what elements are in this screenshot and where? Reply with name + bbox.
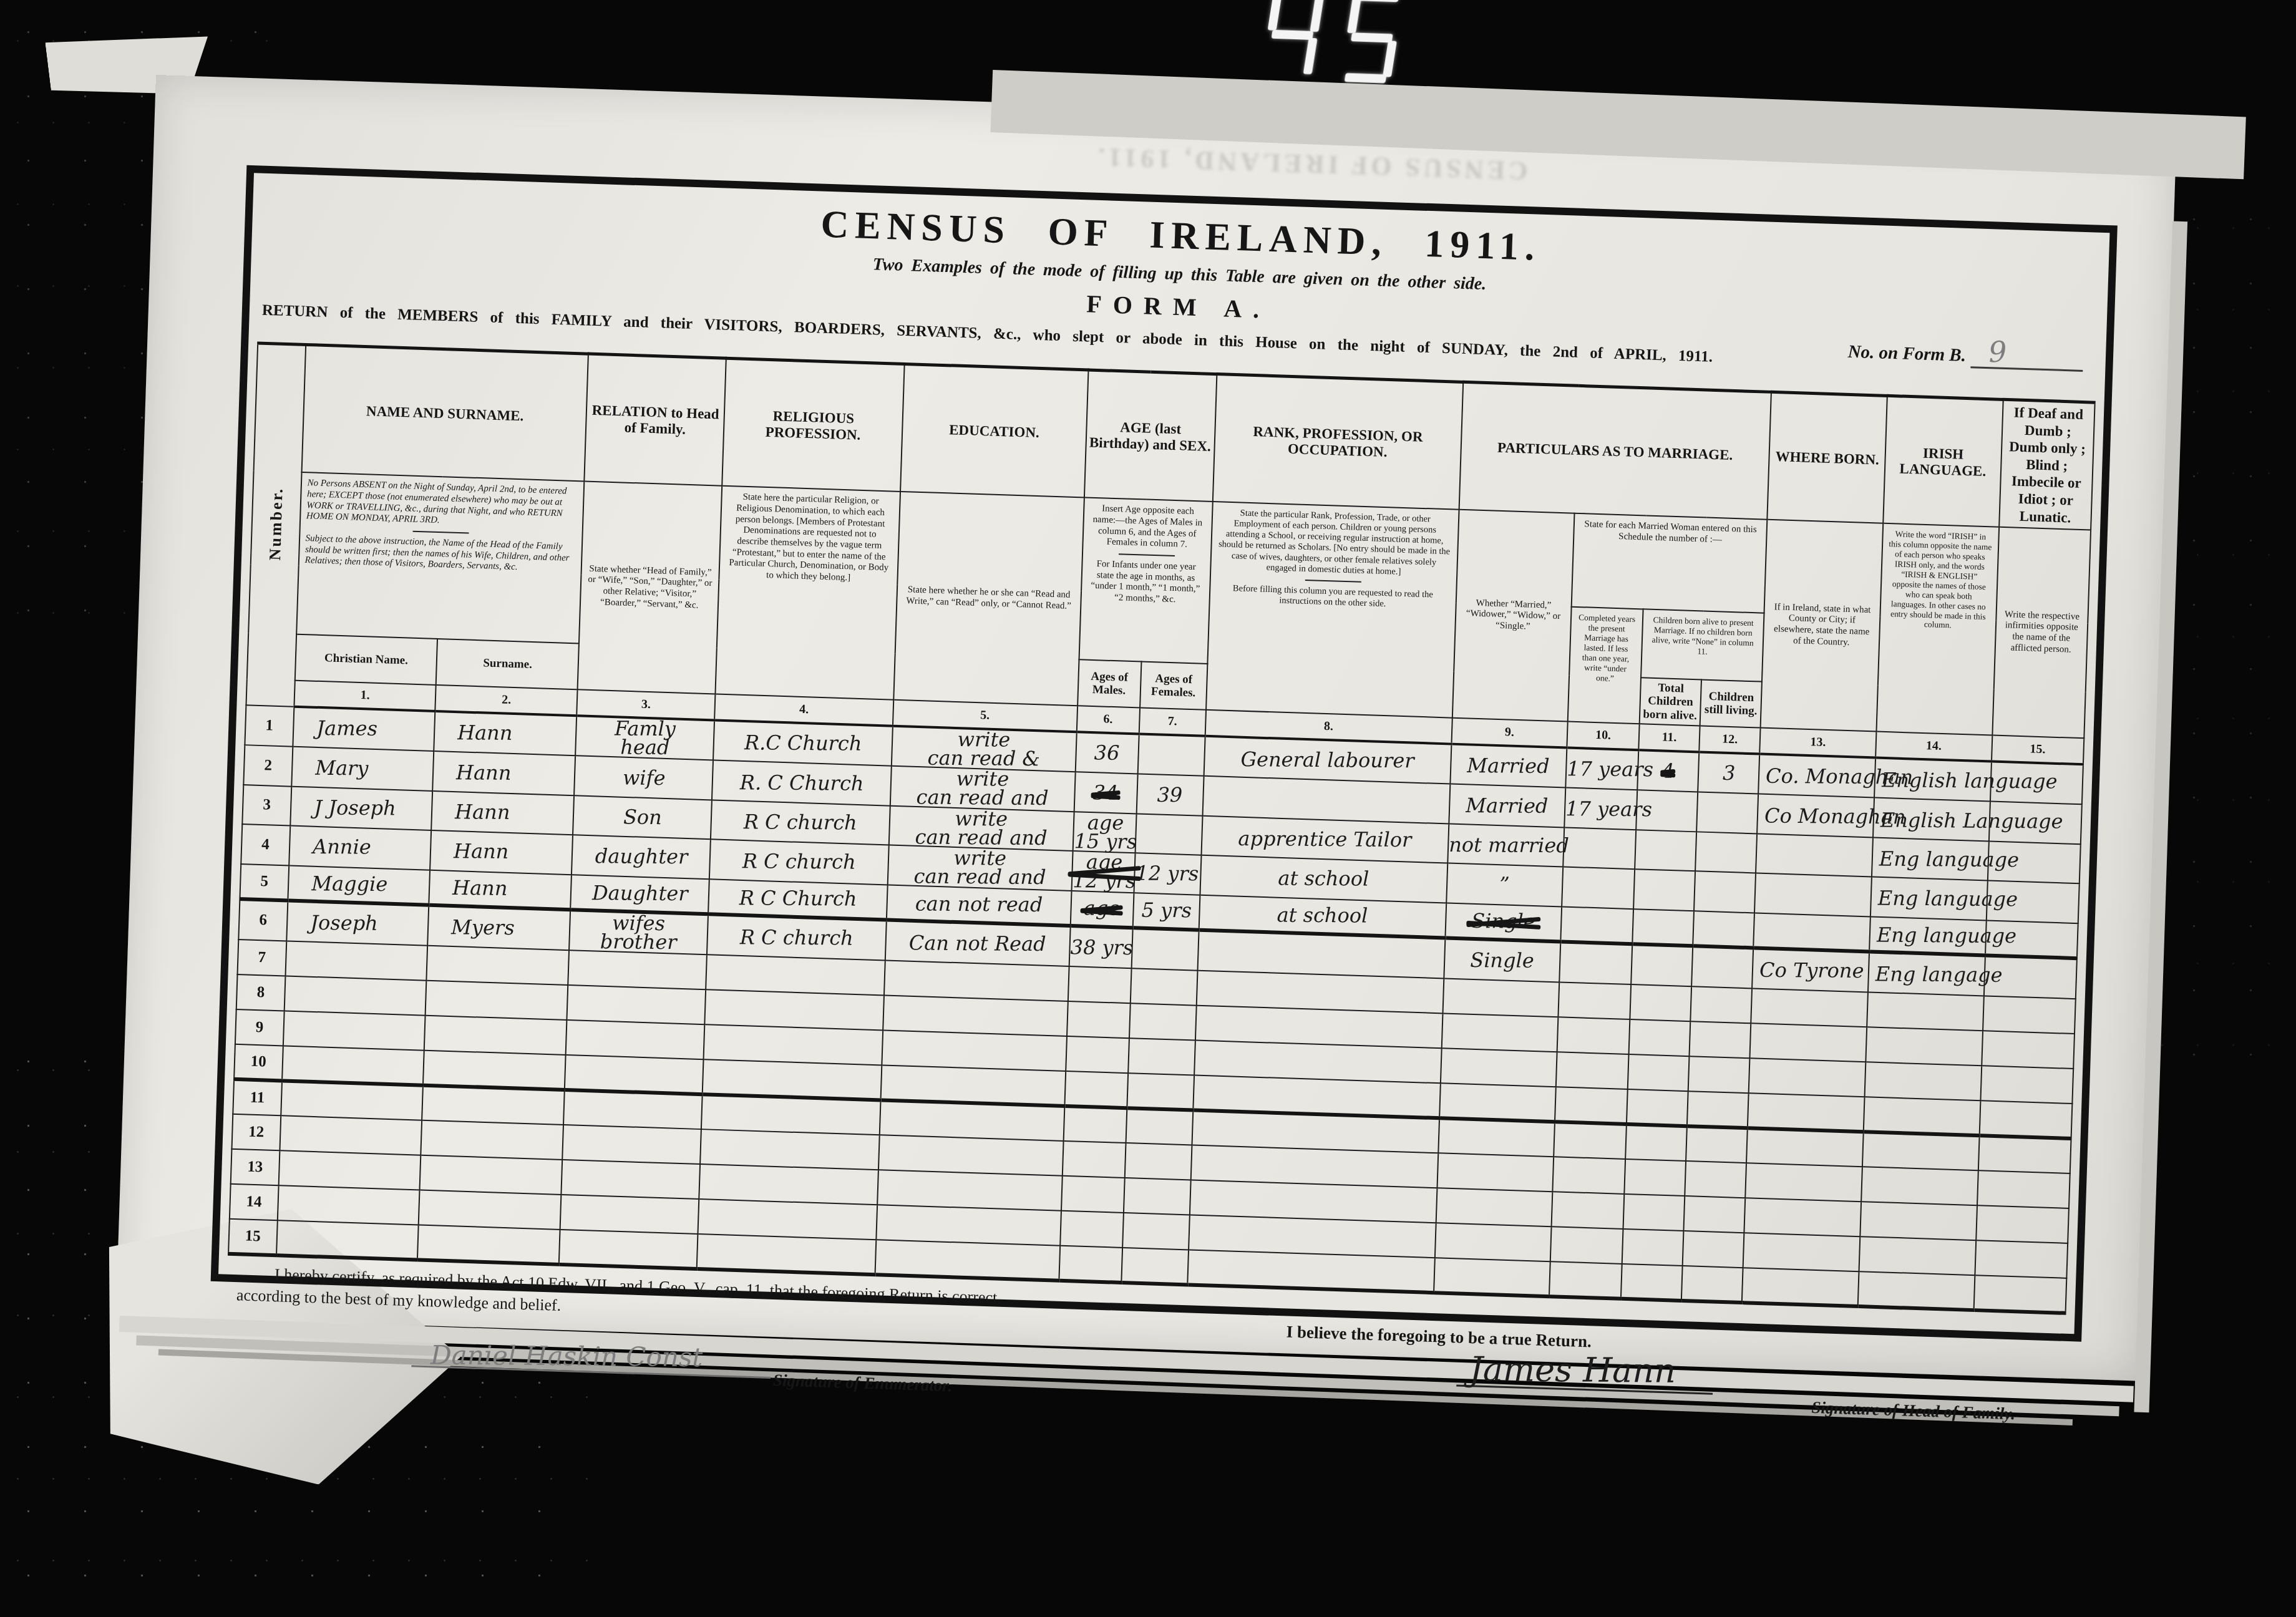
handwritten-entry: Hann [458,723,513,742]
cell [1754,873,1872,916]
cell [1440,1048,1557,1087]
cell [1560,906,1633,944]
cell: Can not Read [885,920,1071,966]
row-number: 5 [240,864,288,900]
row-number: 2 [243,745,293,787]
cell [1865,1062,1982,1100]
col-number: 15. [1992,736,2084,765]
cell [880,1065,1065,1105]
handwritten-entry: Eng langage [1875,964,2003,984]
handwritten-entry: Mary [315,758,368,777]
table-body: 1JamesHannFamly headR.C Churchwrite can … [228,705,2083,1313]
cell: Mary [291,747,434,791]
cell [1127,1073,1194,1110]
cell: Co. Monaghan [1759,754,1876,798]
married-woman-instructions: State for each Married Woman entered on … [1572,513,1768,613]
handwritten-entry: Daughter [592,883,688,903]
religion-instructions: State here the particular Religion, or R… [716,486,900,700]
cell [1064,1071,1128,1108]
cell [1060,1211,1124,1248]
cell [1746,1128,1863,1167]
handwritten-entry: 34 [1093,783,1119,802]
cell [422,1085,565,1125]
cell [1135,813,1202,855]
cell [1623,1194,1685,1231]
cell [1687,1091,1749,1128]
form-b-value-handwritten: 9 [1970,338,2013,367]
col-number: 1. [294,681,436,711]
cell [1696,792,1758,833]
cell [277,1185,420,1225]
cell [883,995,1068,1036]
cell [1563,827,1636,869]
cell [1748,1093,1864,1132]
col-header-age: AGE (last Birthday) and SEX. [1084,370,1217,502]
handwritten-entry: Myers [451,918,515,937]
handwritten-entry: Single [1471,911,1535,931]
handwritten-entry: R C church [742,852,856,872]
printed-frame: CENSUS OF IRELAND, 1911. Two Examples of… [211,165,2118,1342]
handwritten-entry: English Language [1880,810,2063,831]
handwritten-entry: 38 yrs [1070,938,1133,957]
cell [1756,833,1873,876]
cell: Co Monaghan [1757,794,1874,837]
subhead-total-children: Total Children born alive. [1640,677,1702,726]
cell [421,1120,564,1160]
cell [704,1024,883,1065]
cell: Annie [289,826,432,870]
handwritten-entry: Annie [313,837,371,857]
handwritten-entry: write can read & [928,730,1041,769]
cell [283,1011,426,1050]
cell: Son [573,795,712,839]
handwritten-entry: age 12 yrs [1073,852,1136,891]
col-number: 14. [1875,732,1992,762]
handwritten-entry: at school [1277,906,1368,926]
handwritten-entry: Married [1466,796,1548,815]
cell [1685,1161,1746,1198]
handwritten-entry: Eng language [1879,849,2019,869]
cell: write can read and [888,845,1073,891]
cell [1130,968,1197,1005]
cell: Hann [434,711,577,756]
handwritten-entry: daughter [595,847,688,867]
cell [420,1155,563,1195]
handwritten-entry: write can read and [917,769,1049,808]
children-born-instructions: Children born alive to present Marriage.… [1641,609,1764,682]
cell [278,1150,421,1190]
handwritten-entry: 39 [1157,785,1183,804]
enumerator-signature-label: Signature of Enumerator. [772,1371,952,1396]
cell [563,1090,703,1129]
cell [419,1190,562,1229]
cell [1633,869,1695,910]
cell [1746,1163,1862,1202]
cell [280,1115,422,1155]
cell [423,1051,566,1090]
handwritten-entry: Married [1467,756,1549,775]
cell [1691,946,1753,988]
cell [1632,909,1694,946]
whether-married-instructions: Whether “Married,” “Widower,” “Widow,” o… [1452,510,1574,722]
col-header-irish: IRISH LANGUAGE. [1883,396,2003,527]
cell: 34 [1074,772,1137,813]
cell [1121,1248,1189,1284]
cell [1861,1167,1978,1205]
handwritten-entry: Eng language [1877,926,2016,946]
cell: Eng language [1870,877,1988,920]
cell [1554,1122,1627,1159]
handwritten-entry: R. C Church [740,773,864,793]
row-number: 7 [238,940,286,976]
cell: Single [1445,903,1562,941]
handwritten-entry: Eng language [1878,889,2018,909]
handwritten-entry: apprentice Tailor [1238,829,1411,850]
cell: Hann [433,751,576,795]
handwritten-entry: Hann [452,878,507,898]
cell: Hann [430,830,573,875]
handwritten-entry: R C church [740,928,854,948]
head-signature: James Hann [1456,1350,1713,1395]
col-header-education: EDUCATION. [900,364,1088,497]
cell: Maggie [288,865,430,905]
col-header-religion: RELIGIOUS PROFESSION. [722,358,904,492]
age-instructions: Insert Age opposite each name:—the Ages … [1079,498,1212,664]
cell [285,941,428,980]
col-number: 3. [576,689,715,720]
col-header-rank: RANK, PROFESSION, OR OCCUPATION. [1213,374,1463,510]
cell [426,981,568,1020]
cell [1975,1240,2068,1278]
frame-counter [1260,0,1404,85]
cell [1686,1126,1748,1163]
row-number: 1 [245,705,294,747]
cell [1978,1135,2071,1173]
col-number: 9. [1451,718,1568,748]
cell: daughter [572,835,711,878]
cell: wifes brother [569,910,708,954]
cell [1865,1027,1982,1066]
cell [703,1059,882,1100]
subhead-surname: Surname. [436,639,579,689]
form-b-label: No. on Form B. [1847,342,1966,366]
col-number: 6. [1076,706,1139,734]
cell [1137,734,1205,776]
cell: write can read and [889,805,1074,851]
cell [1129,1003,1197,1040]
cell [1066,1036,1129,1073]
cell: Married [1450,744,1567,788]
cell [1867,992,1983,1031]
cell [1750,1023,1867,1062]
cell [1562,867,1635,909]
handwritten-entry: age [1084,898,1121,918]
cell [1744,1198,1861,1236]
handwritten-entry: 36 [1094,744,1120,763]
row-number: 10 [234,1044,283,1080]
handwritten-entry: General labourer [1240,750,1414,770]
cell: 17 years [1565,748,1638,790]
handwritten-entry: can not read [915,894,1043,914]
cell: Joseph [286,900,429,946]
cell: Married [1449,784,1566,827]
cell [1439,1083,1556,1122]
cell: R. C Church [712,760,892,806]
cell: R C church [711,800,890,845]
cell: not married [1447,823,1565,867]
cell [1131,928,1199,971]
cell [1556,1052,1629,1089]
cell: 3 [1698,752,1759,794]
cell [875,1240,1059,1280]
cell [1858,1271,1975,1310]
row-number: 14 [230,1184,278,1220]
cell [878,1135,1063,1175]
cell [1979,1100,2072,1139]
cell [1441,1013,1558,1052]
cell [1749,1058,1865,1097]
row-number: 9 [235,1009,284,1046]
cell [1683,1231,1744,1268]
cell [1124,1143,1192,1180]
cell: R C church [709,839,889,885]
cell: 38 yrs [1069,926,1132,969]
cell: 39 [1136,774,1204,816]
cell [884,960,1069,1001]
cell [1552,1157,1625,1194]
cell [1684,1196,1746,1233]
cell [1864,1097,1980,1135]
cell: 36 [1075,732,1139,774]
cell [560,1195,699,1234]
cell: wife [574,756,713,800]
handwritten-entry: R C church [744,812,857,832]
cell [1434,1223,1551,1261]
cell: James [293,707,435,752]
handwritten-entry: write can read and [914,848,1046,887]
col-header-infirmity: If Deaf and Dumb ; Dumb only ; Blind ; I… [1999,399,2095,530]
census-table: Number. NAME AND SURNAME. RELATION to He… [228,341,2096,1314]
handwritten-entry: age 15 yrs [1074,813,1137,852]
cell [1559,982,1632,1019]
col-header-name: NAME AND SURNAME. [301,344,588,481]
cell: ” [1446,863,1564,906]
divider [1119,553,1175,556]
cell: write can read and [890,766,1075,812]
handwritten-entry: wifes brother [600,913,677,952]
cell: Daughter [570,875,709,914]
head-declaration: I believe the foregoing to be a true Ret… [1286,1322,1592,1351]
cell [281,1080,424,1120]
cell [424,1016,567,1055]
cell [567,985,706,1024]
handwritten-entry: wife [622,768,665,787]
handwritten-entry: 4 [1662,762,1675,781]
col-number: 13. [1760,728,1877,758]
rank-instructions: State the particular Rank, Profession, T… [1206,502,1459,717]
cell [1442,978,1559,1017]
cell [1550,1226,1623,1264]
row-number: 11 [233,1079,281,1115]
cell [1438,1118,1555,1157]
cell: R.C Church [713,720,893,766]
handwritten-entry: Famly head [615,719,676,757]
cell: Famly head [575,716,714,760]
head-signature-label: Signature of Head of Family. [1811,1398,2016,1424]
cell [1622,1229,1684,1266]
col-number: 2. [435,685,578,716]
handwritten-entry: Hann [454,842,508,861]
cell [1742,1268,1859,1306]
cell [417,1225,560,1264]
handwritten-entry: James [316,719,377,738]
cell [877,1170,1062,1210]
cell [1860,1202,1977,1240]
col-number: 11. [1638,724,1700,752]
handwritten-entry: write can read and [915,808,1048,847]
cell: R C Church [708,879,887,920]
cell [880,1100,1064,1140]
handwritten-entry: Son [623,807,662,827]
cell [706,954,885,995]
cell [1694,871,1756,912]
completed-years-instructions: Completed years the present Marriage has… [1568,607,1643,724]
education-instructions: State here whether he or she can “Read a… [893,492,1084,706]
cell [1628,1054,1690,1091]
cell [566,1020,705,1059]
cell [1187,1250,1434,1293]
cell [562,1125,701,1164]
cell [700,1129,879,1170]
cell [1690,986,1752,1023]
cell [559,1230,698,1269]
cell [1621,1264,1683,1301]
cell [1695,832,1757,873]
cell [1627,1089,1688,1126]
cell [1688,1056,1750,1093]
cell: Hann [432,791,575,835]
handwritten-entry: Can not Read [909,933,1046,953]
cell: age [1070,891,1134,928]
row-number: 4 [241,824,290,865]
cell [427,946,570,985]
enumerator-signature: Daniel Haskin Const [411,1339,771,1378]
cell [1631,944,1693,986]
cell [568,950,707,989]
col-header-marriage: PARTICULARS AS TO MARRIAGE. [1459,382,1771,520]
cell [1630,984,1691,1021]
cell [1681,1266,1743,1303]
cell [1063,1106,1127,1143]
cell [1977,1170,2070,1208]
cell [1980,1066,2073,1104]
handwritten-entry: Co Tyrone [1759,960,1864,980]
cell: 17 years [1564,788,1637,830]
cell [1552,1192,1625,1229]
cell: can not read [887,885,1071,925]
infirmity-instructions: Write the respective infirmities opposit… [1992,527,2091,738]
cell: Eng language [1872,837,1989,880]
cell [282,1046,425,1085]
handwritten-entry: R C Church [739,888,857,908]
handwritten-entry: not married [1449,835,1569,855]
cell [284,976,427,1015]
subhead-ages-males: Ages of Males. [1077,659,1141,707]
row-number: 8 [236,974,285,1011]
cell [697,1234,876,1275]
row-number: 3 [242,785,291,826]
handwritten-entry: 17 years [1565,799,1652,818]
handwritten-entry: Joseph [310,913,378,933]
cell: R C church [707,914,887,961]
row-number: 6 [238,899,288,941]
cell [1434,1258,1550,1296]
cell [1629,1019,1691,1056]
cell [1693,911,1754,948]
cell [1126,1108,1193,1145]
handwritten-entry: English language [1882,770,2058,791]
cell: English language [1874,757,1992,801]
cell [882,1030,1066,1071]
cell [1557,1017,1630,1054]
cell [1062,1141,1126,1178]
cell [565,1055,704,1094]
row-number: 15 [228,1219,277,1255]
cell: Eng language [1869,916,1986,955]
cell [1976,1205,2069,1243]
cell: age 12 yrs [1071,851,1135,893]
handwritten-entry: Maggie [311,874,387,893]
cell: Hann [429,870,572,909]
cell [1862,1132,1979,1170]
cell [1624,1159,1686,1196]
cell [701,1094,880,1135]
subhead-christian-name: Christian Name. [294,634,437,685]
relation-instructions: State whether “Head of Family,” or “Wife… [578,482,722,694]
cell [1437,1153,1554,1192]
cell: Eng langage [1868,951,1985,996]
handwritten-entry: 5 yrs [1141,901,1192,920]
subhead-children-living: Children still living. [1700,680,1763,728]
handwritten-entry: Single [1470,951,1534,970]
cell [1555,1087,1628,1124]
col-header-relation: RELATION to Head of Family. [585,354,726,486]
census-form-page: CENSUS OF IRELAND, 1911. CENSUS OF IRELA… [116,75,2177,1381]
cell: J Joseph [290,786,433,830]
handwritten-entry: R.C Church [744,733,862,753]
col-number: 7. [1139,707,1205,736]
row-number: 12 [231,1114,280,1150]
cell [1754,913,1870,951]
cell [699,1164,878,1205]
handwritten-entry: 12 yrs [1136,864,1199,883]
cell: 5 yrs [1132,893,1200,930]
divider [1305,580,1361,583]
cell: write can read & [892,726,1077,772]
handwritten-entry: at school [1278,869,1369,889]
cell [1635,830,1696,871]
handwritten-entry: 3 [1723,764,1736,783]
cell: Single [1444,938,1561,982]
cell [698,1199,877,1240]
cell [1067,1001,1131,1038]
cell [1436,1188,1552,1226]
cell [1982,1031,2075,1069]
cell [1059,1246,1122,1283]
cell [1128,1038,1195,1075]
cell: Myers [428,905,571,950]
cell [276,1220,419,1260]
